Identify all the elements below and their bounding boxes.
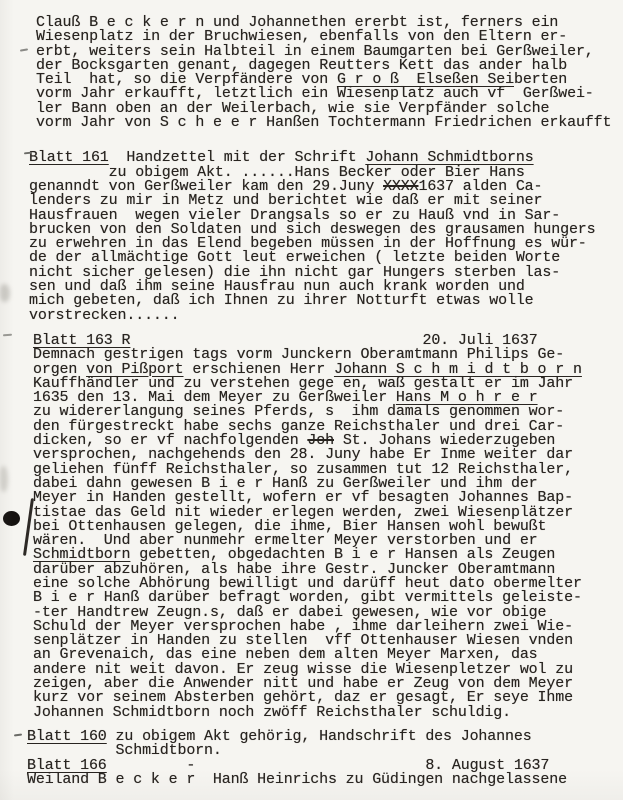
document-section-blatt-161-handzettel: Blatt 161 Handzettel mit der Schrift Joh… [29, 151, 623, 323]
edge-smudge-2 [0, 466, 8, 492]
pencil-dash-4 [14, 733, 22, 736]
text-line: Weiland B e c k e r Hanß Heinrichs zu Gü… [27, 773, 623, 787]
text-run: Weiland B e c k e r Hanß Heinrichs zu Gü… [27, 771, 567, 788]
pencil-dash-1 [20, 48, 28, 51]
typescript-page: Clauß B e c k e r n und Johannethen erer… [0, 0, 623, 800]
text-run: vorm Jahr von S c h e e r Hanßen Tochter… [36, 114, 611, 131]
pencil-dash-3 [3, 334, 12, 337]
text-line: vorstrecken...... [29, 309, 623, 323]
document-section-blatt-160-166: Blatt 160 zu obigem Akt gehörig, Handsch… [27, 730, 623, 787]
edge-smudge-1 [0, 284, 10, 302]
text-run: vorstrecken...... [29, 307, 179, 324]
text-line: Johannen Schmidtborn noch zwöff Reichsth… [33, 706, 623, 720]
document-section-blatt-163r-protokoll: Blatt 163 R 20. Juli 1637Demnach gestrig… [33, 334, 623, 720]
text-line: vorm Jahr von S c h e e r Hanßen Tochter… [36, 116, 623, 130]
document-section-paragraph-becker-erbteil: Clauß B e c k e r n und Johannethen erer… [36, 16, 623, 130]
ink-dot [3, 511, 20, 526]
text-run: Johannen Schmidtborn noch zwöff Reichsth… [33, 704, 511, 721]
